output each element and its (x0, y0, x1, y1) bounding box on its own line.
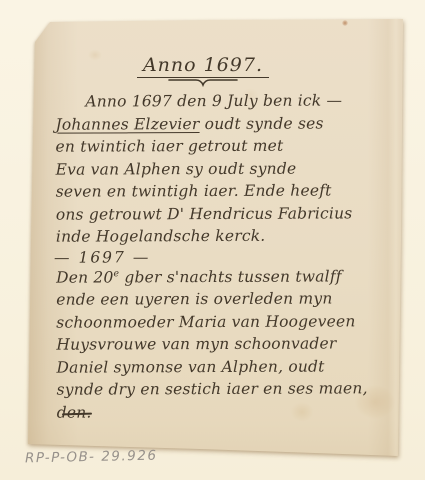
manuscript-line: Huysvrouwe van myn schoonvader (56, 332, 368, 356)
paper-shadow: Anno 1697. Anno 1697 den 9 July ben ick … (0, 0, 425, 480)
underlined-name: Johannes Elzevier (55, 115, 199, 134)
manuscript-line: ons getrouwt D' Hendricus Fabricius (56, 202, 368, 226)
inventory-number: RP-P-OB- 29.926 (25, 448, 158, 467)
manuscript-line: den. (57, 400, 369, 424)
manuscript-line: ende een uyeren is overleden myn (56, 287, 368, 311)
manuscript-line: Anno 1697 den 9 July ben ick — (85, 89, 367, 113)
manuscript-line: synde dry en sestich iaer en ses maen, (57, 377, 369, 401)
manuscript-line: Den 20e gber s'nachts tussen twalff (56, 265, 368, 289)
manuscript-line: inde Hogelandsche kerck. (56, 224, 368, 248)
manuscript-line: Johannes Elzevier oudt synde ses (55, 112, 367, 136)
manuscript-line: seven en twintigh iaer. Ende heeft (56, 179, 368, 203)
manuscript-line: schoonmoeder Maria van Hoogeveen (56, 310, 368, 334)
manuscript-body: Anno 1697 den 9 July ben ick — Johannes … (55, 89, 368, 423)
scan-background: Anno 1697. Anno 1697 den 9 July ben ick … (0, 0, 425, 480)
manuscript-line: en twintich iaer getrout met (55, 134, 367, 158)
line-text: gber s'nachts tussen twalff (119, 267, 342, 286)
manuscript-paper: Anno 1697. Anno 1697 den 9 July ben ick … (0, 0, 425, 480)
line-text: oudt synde ses (199, 114, 323, 133)
year-divider: — 1697 — (54, 247, 368, 266)
page-title: Anno 1697. (137, 54, 269, 78)
line-text: Den 20 (56, 268, 114, 286)
manuscript-line: Eva van Alphen sy oudt synde (56, 157, 368, 181)
title-flourish-brace (166, 77, 240, 88)
title-block: Anno 1697. (58, 54, 348, 88)
manuscript-line: Daniel symonse van Alphen, oudt (56, 355, 368, 379)
